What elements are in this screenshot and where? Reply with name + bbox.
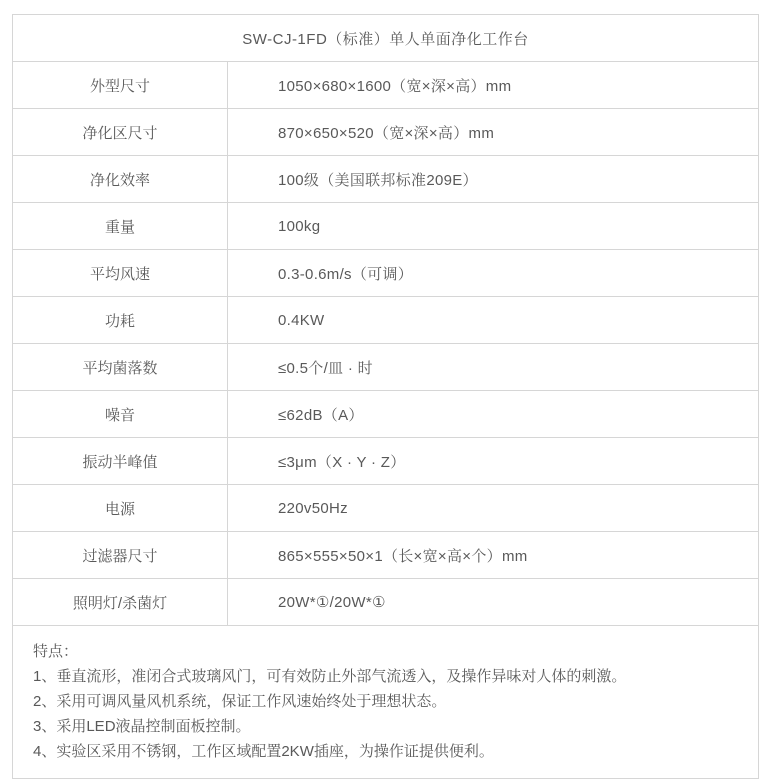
spec-label: 振动半峰值 (13, 438, 228, 485)
product-title: SW-CJ-1FD（标准）单人单面净化工作台 (13, 15, 759, 62)
features-cell: 特点： 1、垂直流形，准闭合式玻璃风门，可有效防止外部气流透入，及操作异味对人体… (13, 626, 759, 779)
spec-value: 865×555×50×1（长×宽×高×个）mm (228, 532, 759, 579)
spec-value: ≤3μm（X · Y · Z） (228, 438, 759, 485)
spec-row: 电源220v50Hz (13, 485, 759, 532)
features-row: 特点： 1、垂直流形，准闭合式玻璃风门，可有效防止外部气流透入，及操作异味对人体… (13, 626, 759, 779)
spec-row: 照明灯/杀菌灯20W*①/20W*① (13, 579, 759, 626)
spec-row: 振动半峰值≤3μm（X · Y · Z） (13, 438, 759, 485)
spec-value: 100级（美国联邦标准209E） (228, 156, 759, 203)
spec-label: 重量 (13, 203, 228, 250)
spec-row: 净化效率100级（美国联邦标准209E） (13, 156, 759, 203)
spec-table-body: SW-CJ-1FD（标准）单人单面净化工作台 外型尺寸1050×680×1600… (13, 15, 759, 779)
spec-table: SW-CJ-1FD（标准）单人单面净化工作台 外型尺寸1050×680×1600… (12, 14, 759, 779)
features-list: 1、垂直流形，准闭合式玻璃风门，可有效防止外部气流透入，及操作异味对人体的刺激。… (33, 664, 738, 764)
spec-label: 电源 (13, 485, 228, 532)
spec-label: 功耗 (13, 297, 228, 344)
spec-row: 过滤器尺寸865×555×50×1（长×宽×高×个）mm (13, 532, 759, 579)
feature-item: 4、实验区采用不锈钢，工作区域配置2KW插座，为操作证提供便利。 (33, 739, 738, 764)
spec-row: 重量100kg (13, 203, 759, 250)
spec-value: 100kg (228, 203, 759, 250)
feature-item: 2、采用可调风量风机系统，保证工作风速始终处于理想状态。 (33, 689, 738, 714)
spec-value: 220v50Hz (228, 485, 759, 532)
spec-label: 外型尺寸 (13, 62, 228, 109)
spec-row: 噪音≤62dB（A） (13, 391, 759, 438)
spec-label: 平均风速 (13, 250, 228, 297)
spec-row: 净化区尺寸870×650×520（宽×深×高）mm (13, 109, 759, 156)
spec-value: 20W*①/20W*① (228, 579, 759, 626)
spec-row: 平均菌落数≤0.5个/皿 · 时 (13, 344, 759, 391)
spec-value: ≤0.5个/皿 · 时 (228, 344, 759, 391)
features-heading: 特点： (33, 639, 738, 664)
spec-label: 噪音 (13, 391, 228, 438)
spec-sheet: SW-CJ-1FD（标准）单人单面净化工作台 外型尺寸1050×680×1600… (12, 14, 759, 779)
spec-label: 净化效率 (13, 156, 228, 203)
spec-label: 净化区尺寸 (13, 109, 228, 156)
spec-value: 1050×680×1600（宽×深×高）mm (228, 62, 759, 109)
spec-row: 功耗0.4KW (13, 297, 759, 344)
feature-item: 1、垂直流形，准闭合式玻璃风门，可有效防止外部气流透入，及操作异味对人体的刺激。 (33, 664, 738, 689)
spec-label: 平均菌落数 (13, 344, 228, 391)
spec-value: ≤62dB（A） (228, 391, 759, 438)
spec-row: 外型尺寸1050×680×1600（宽×深×高）mm (13, 62, 759, 109)
spec-value: 0.4KW (228, 297, 759, 344)
feature-item: 3、采用LED液晶控制面板控制。 (33, 714, 738, 739)
title-row: SW-CJ-1FD（标准）单人单面净化工作台 (13, 15, 759, 62)
spec-label: 照明灯/杀菌灯 (13, 579, 228, 626)
spec-value: 870×650×520（宽×深×高）mm (228, 109, 759, 156)
spec-row: 平均风速0.3-0.6m/s（可调） (13, 250, 759, 297)
spec-label: 过滤器尺寸 (13, 532, 228, 579)
spec-value: 0.3-0.6m/s（可调） (228, 250, 759, 297)
